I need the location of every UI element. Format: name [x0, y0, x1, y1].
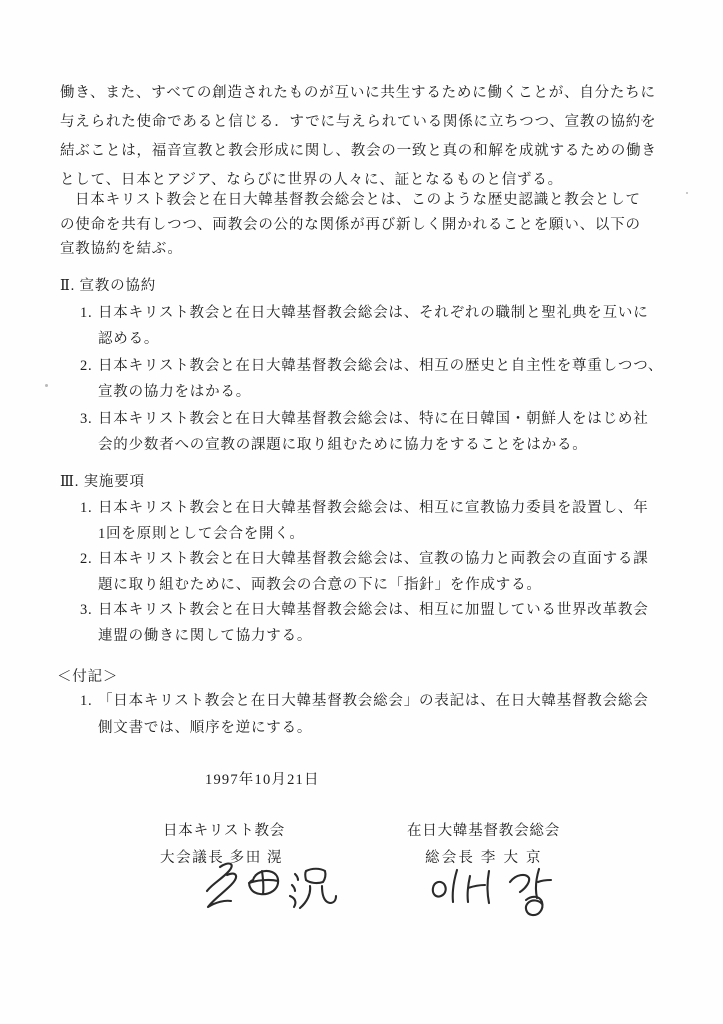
- intro-paragraph-2: 日本キリスト教会と在日大韓基督教会総会とは、このような歴史認識と教会として の使…: [60, 188, 672, 262]
- list-item-continuation: 認める。: [80, 326, 672, 352]
- item-text: 日本キリスト教会と在日大韓基督教会総会は、宣教の協力と両教会の直面する課: [98, 547, 649, 573]
- paragraph-line: 働き、また、すべての創造されたものが互いに共生するために働くことが、自分たちに: [60, 79, 672, 108]
- item-text: 日本キリスト教会と在日大韓基督教会総会は、特に在日韓国・朝鮮人をはじめ社: [98, 406, 649, 432]
- item-number: 1.: [80, 300, 98, 326]
- list-item-continuation: 側文書では、順序を逆にする。: [80, 715, 672, 742]
- item-text: 日本キリスト教会と在日大韓基督教会総会は、相互の歴史と自主性を尊重しつつ、: [98, 353, 663, 379]
- section-2-list: 1.日本キリスト教会と在日大韓基督教会総会は、それぞれの職制と聖礼典を互いに 認…: [80, 300, 672, 458]
- appendix-list: 1.「日本キリスト教会と在日大韓基督教会総会」の表記は、在日大韓基督教会総会 側…: [80, 688, 672, 742]
- scan-speck: [45, 384, 48, 387]
- list-item-continuation: 宣教の協力をはかる。: [80, 379, 672, 405]
- organization-name: 日本キリスト教会: [160, 818, 400, 845]
- paragraph-line: 与えられた使命であると信じる．すでに与えられている関係に立ちつつ、宣教の協約を: [60, 108, 672, 137]
- item-text: 側文書では、順序を逆にする。: [80, 715, 312, 742]
- item-text: 日本キリスト教会と在日大韓基督教会総会は、相互に加盟している世界改革教会: [98, 598, 649, 624]
- item-text: 認める。: [80, 326, 159, 352]
- appendix-heading: ＜付記＞: [57, 667, 118, 687]
- item-text: 日本キリスト教会と在日大韓基督教会総会は、それぞれの職制と聖礼典を互いに: [98, 300, 649, 326]
- list-item: 3.日本キリスト教会と在日大韓基督教会総会は、相互に加盟している世界改革教会: [80, 598, 672, 624]
- list-item-continuation: 1回を原則として会合を開く。: [80, 522, 672, 548]
- paragraph-line: 日本キリスト教会と在日大韓基督教会総会とは、このような歴史認識と教会として: [60, 188, 672, 213]
- scan-speck: [686, 192, 688, 194]
- item-text: 宣教の協力をはかる。: [80, 379, 251, 405]
- item-text: 会的少数者への宣教の課題に取り組むために協力をすることをはかる。: [80, 432, 588, 458]
- list-item: 1.「日本キリスト教会と在日大韓基督教会総会」の表記は、在日大韓基督教会総会: [80, 688, 672, 715]
- paragraph-line: 宣教協約を結ぶ。: [60, 237, 672, 262]
- list-item: 3.日本キリスト教会と在日大韓基督教会総会は、特に在日韓国・朝鮮人をはじめ社: [80, 406, 672, 432]
- list-item-continuation: 連盟の働きに関して協力する。: [80, 624, 672, 650]
- list-item-continuation: 題に取り組むために、両教会の合意の下に「指針」を作成する。: [80, 573, 672, 599]
- item-text: 日本キリスト教会と在日大韓基督教会総会は、相互に宣教協力委員を設置し、年: [98, 496, 649, 522]
- list-item: 1.日本キリスト教会と在日大韓基督教会総会は、相互に宣教協力委員を設置し、年: [80, 496, 672, 522]
- item-number: 1.: [80, 688, 98, 715]
- list-item: 1.日本キリスト教会と在日大韓基督教会総会は、それぞれの職制と聖礼典を互いに: [80, 300, 672, 326]
- item-number: 3.: [80, 406, 98, 432]
- list-item: 2.日本キリスト教会と在日大韓基督教会総会は、宣教の協力と両教会の直面する課: [80, 547, 672, 573]
- item-text: 連盟の働きに関して協力する。: [80, 624, 312, 650]
- handwritten-signature-lee-dae-kyung: [426, 862, 576, 924]
- list-item-continuation: 会的少数者への宣教の課題に取り組むために協力をすることをはかる。: [80, 432, 672, 458]
- section-2-heading: Ⅱ. 宣教の協約: [60, 276, 156, 296]
- section-3-heading: Ⅲ. 実施要項: [60, 472, 145, 492]
- scanned-document-page: 働き、また、すべての創造されたものが互いに共生するために働くことが、自分たちに …: [0, 0, 723, 1024]
- item-text: 1回を原則として会合を開く。: [80, 522, 305, 548]
- item-number: 2.: [80, 353, 98, 379]
- paragraph-line: 結ぶことは，福音宣教と教会形成に関し、教会の一致と真の和解を成就するための働き: [60, 137, 672, 166]
- document-date: 1997年10月21日: [205, 770, 320, 790]
- scan-speck: [641, 119, 643, 121]
- organization-name: 在日大韓基督教会総会: [407, 818, 647, 845]
- intro-paragraph-1: 働き、また、すべての創造されたものが互いに共生するために働くことが、自分たちに …: [60, 79, 672, 195]
- section-3-list: 1.日本キリスト教会と在日大韓基督教会総会は、相互に宣教協力委員を設置し、年 1…: [80, 496, 672, 650]
- item-number: 1.: [80, 496, 98, 522]
- list-item: 2.日本キリスト教会と在日大韓基督教会総会は、相互の歴史と自主性を尊重しつつ、: [80, 353, 672, 379]
- handwritten-signature-tada-ko: [198, 858, 343, 918]
- item-text: 題に取り組むために、両教会の合意の下に「指針」を作成する。: [80, 573, 542, 599]
- item-number: 2.: [80, 547, 98, 573]
- item-number: 3.: [80, 598, 98, 624]
- item-text: 「日本キリスト教会と在日大韓基督教会総会」の表記は、在日大韓基督教会総会: [98, 688, 649, 715]
- paragraph-line: の使命を共有しつつ、両教会の公的な関係が再び新しく開かれることを願い、以下の: [60, 213, 672, 238]
